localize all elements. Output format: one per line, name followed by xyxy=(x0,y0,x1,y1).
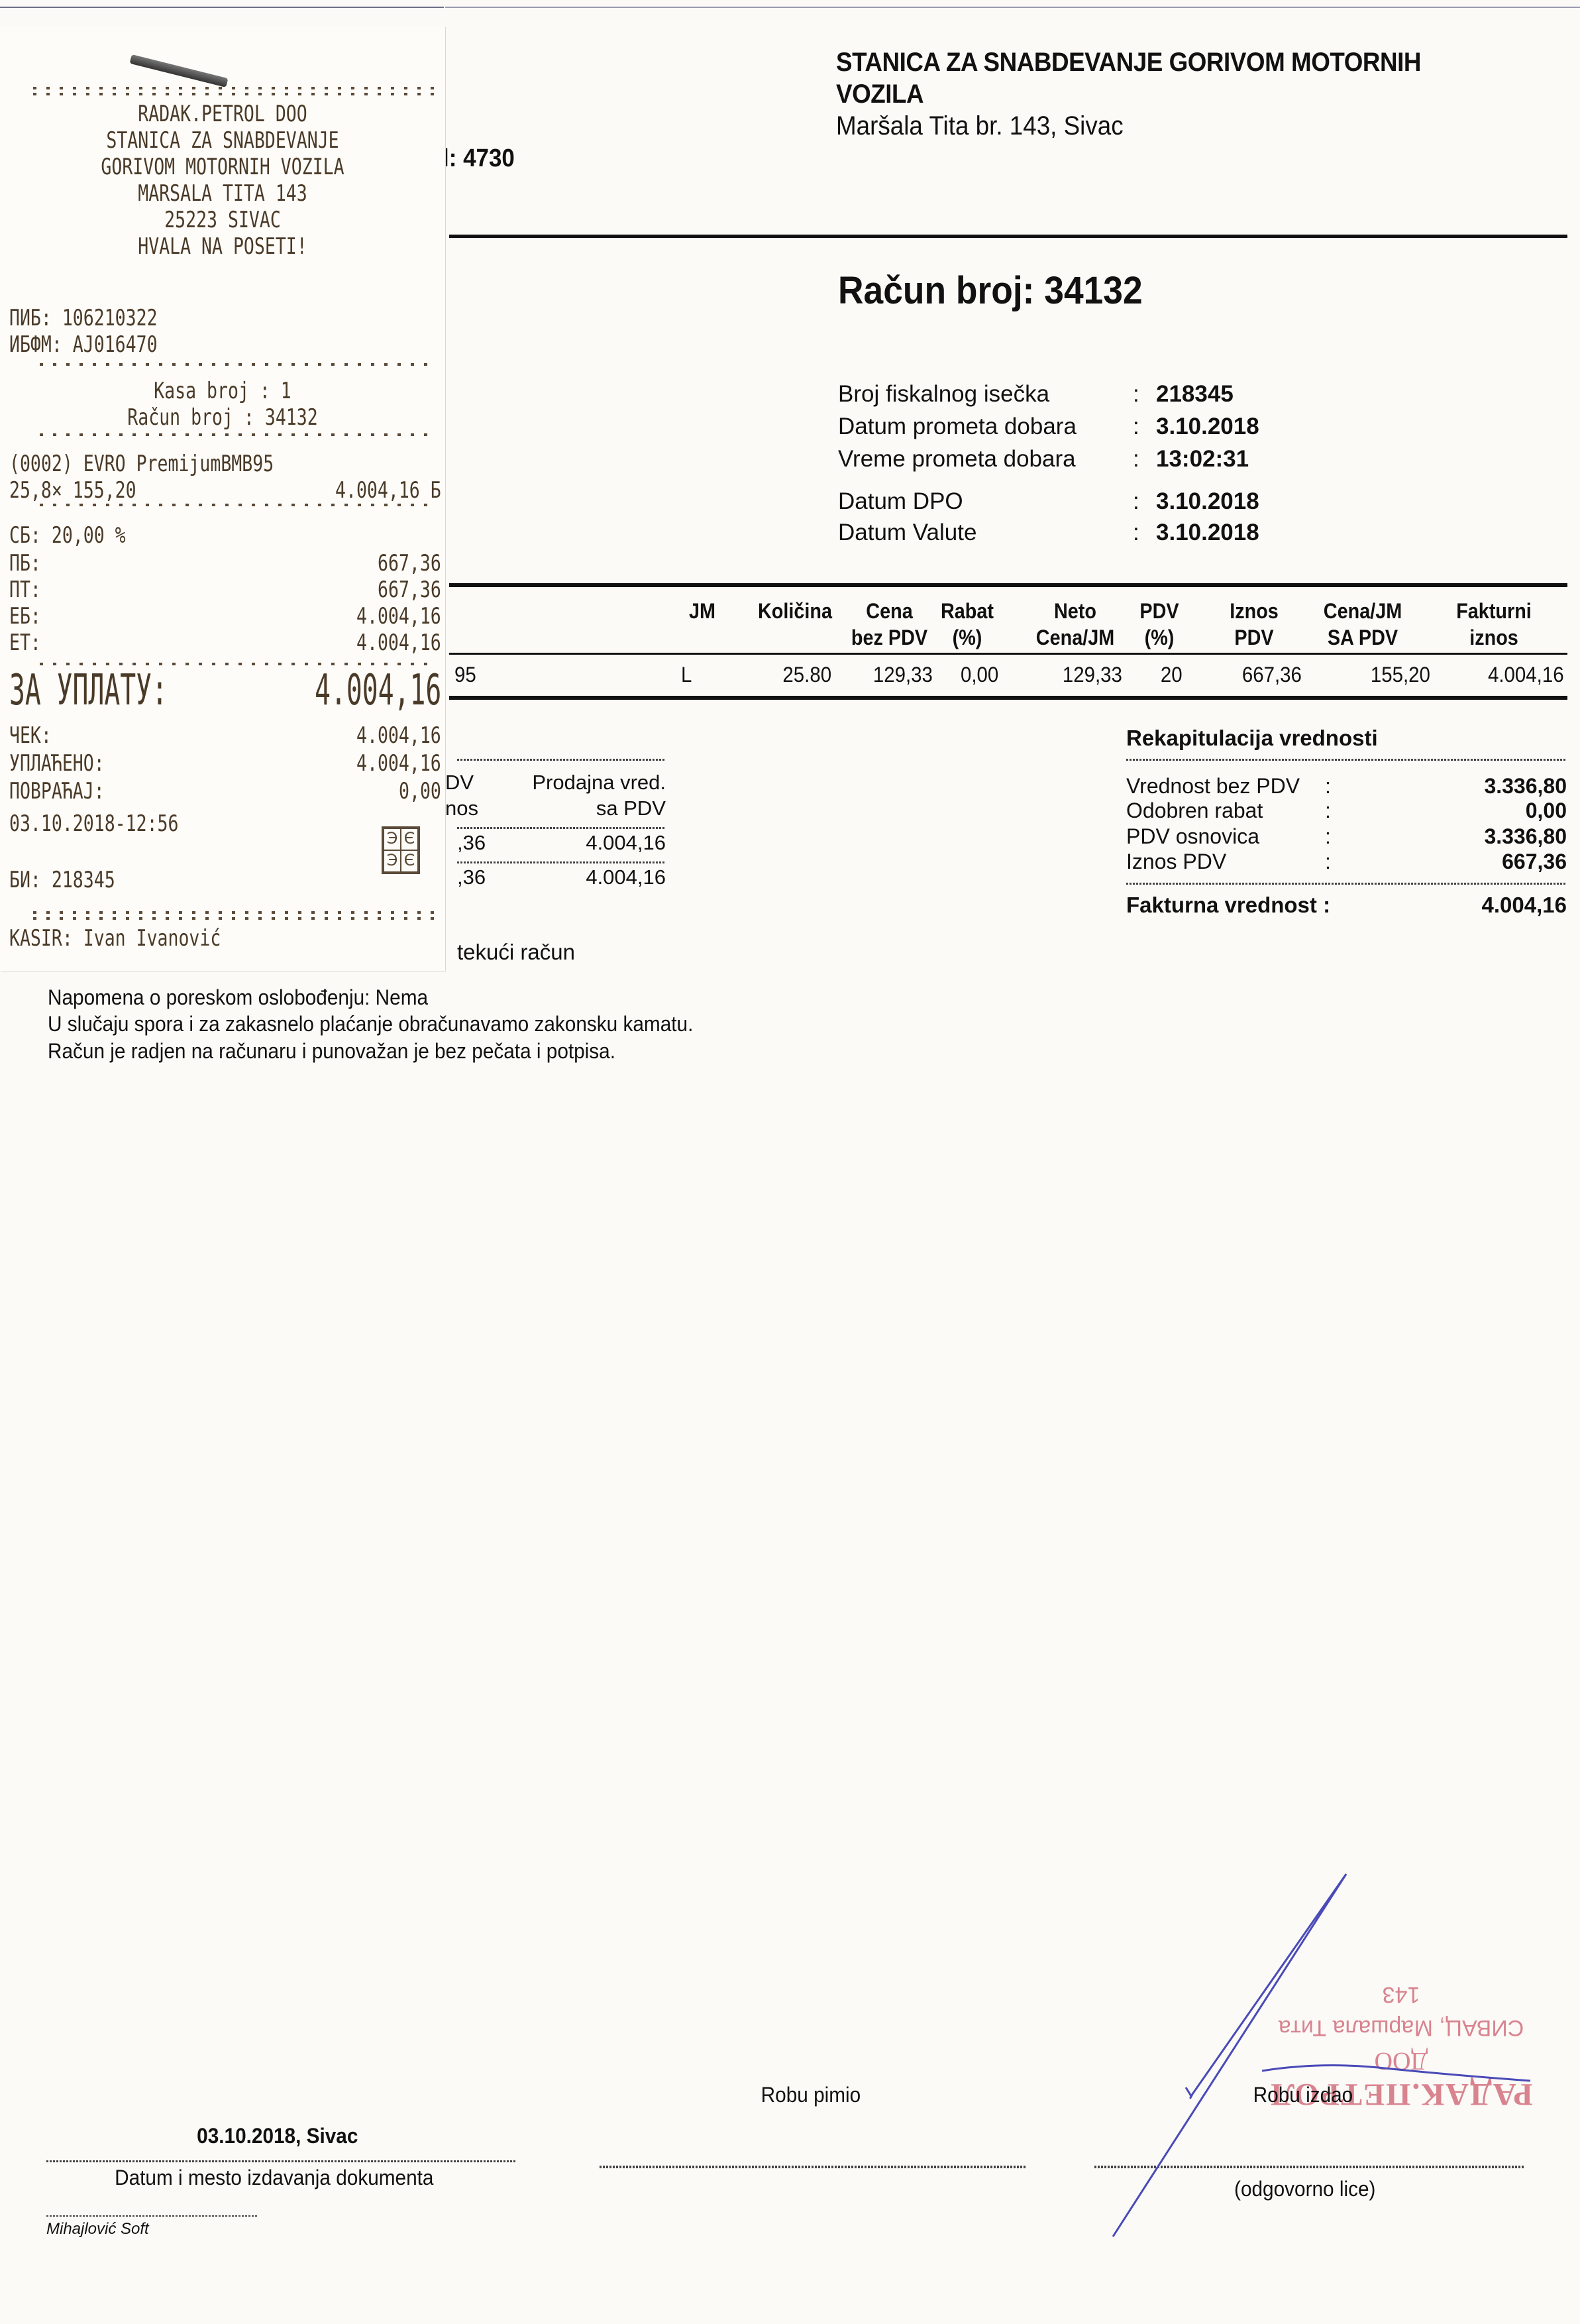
stamp-line: ДОО xyxy=(1262,2044,1540,2077)
receipt-header-line: 25223 SIVAC xyxy=(49,207,396,233)
receipt-separator xyxy=(33,911,437,920)
cell-neto-cena: 129,33 xyxy=(1063,663,1122,687)
receipt-separator xyxy=(40,433,437,436)
receipt-separator xyxy=(40,663,437,665)
invoice-title: Račun broj: 34132 xyxy=(838,268,1143,313)
company-name-line1: STANICA ZA SNABDEVANJE GORIVOM MOTORNIH xyxy=(836,46,1421,78)
th-rabat: Rabat(%) xyxy=(937,598,997,651)
company-name: STANICA ZA SNABDEVANJE GORIVOM MOTORNIH … xyxy=(836,46,1421,110)
info-colon: : xyxy=(1133,446,1139,472)
cell-cena-bez-pdv: 129,33 xyxy=(873,663,933,687)
receipt-separator xyxy=(40,363,437,366)
th-cena-bez-pdv: Cenabez PDV xyxy=(849,598,930,651)
info-value: 13:02:31 xyxy=(1156,446,1249,472)
info-label: Datum DPO xyxy=(838,488,963,515)
receipt-pib: ПИБ: 106210322 xyxy=(9,305,158,331)
vat-cell: 4.004,16 xyxy=(586,831,666,855)
software-credit: Mihajlović Soft xyxy=(46,2220,149,2239)
cell-iznos-pdv: 667,36 xyxy=(1242,663,1302,687)
receipt-payment-value: 0,00 xyxy=(399,778,441,804)
receipt-total-label: ПТ: xyxy=(9,577,41,603)
receipt-separator xyxy=(33,87,437,96)
info-colon: : xyxy=(1133,381,1139,408)
th-kolicina: Količina xyxy=(751,598,840,624)
cell-cena-sa-pdv: 155,20 xyxy=(1371,663,1430,687)
th-fakturni-iznos: Fakturniiznos xyxy=(1449,598,1539,651)
receipt-item-total: 4.004,16 Б xyxy=(335,477,441,504)
receipt-header-line: GORIVOM MOTORNIH VOZILA xyxy=(49,154,396,180)
note-tax-exemption: Napomena o poreskom oslobođenju: Nema xyxy=(48,985,428,1010)
receipt-cashier: KASIR: Ivan Ivanović xyxy=(9,925,221,952)
issue-date-line xyxy=(46,2160,517,2162)
recap-row: PDV osnovica:3.336,80 xyxy=(1126,824,1567,851)
header-divider xyxy=(449,235,1567,238)
info-colon: : xyxy=(1133,414,1139,440)
software-line xyxy=(46,2215,258,2217)
responsible-person-caption: (odgovorno lice) xyxy=(1234,2177,1375,2201)
vat-summary-divider xyxy=(457,827,666,829)
receipt-payment-label: ЧЕК: xyxy=(9,722,52,749)
receipt-total-value: 667,36 xyxy=(378,577,441,603)
receipt-item-name: (0002) EVRO PremijumBMB95 xyxy=(9,451,274,477)
recap-total: Fakturna vrednost :4.004,16 xyxy=(1126,893,1567,919)
vat-col2-header: Prodajna vred. xyxy=(532,771,666,795)
payment-method: tekući račun xyxy=(457,940,575,965)
receipt-bi: БИ: 218345 xyxy=(9,867,115,893)
receipt-total-label: ЕТ: xyxy=(9,630,41,656)
th-cena-sa-pdv: Cena/JMSA PDV xyxy=(1318,598,1408,651)
fiscal-receipt: RADAK.PETROL DOO STANICA ZA SNABDEVANJE … xyxy=(0,27,445,971)
info-label: Datum prometa dobara xyxy=(838,414,1077,440)
info-label: Broj fiskalnog isečka xyxy=(838,381,1049,408)
receipt-number: Račun broj : 34132 xyxy=(49,404,396,431)
receipt-header-line: MARSALA TITA 143 xyxy=(49,180,396,207)
issue-date-caption: Datum i mesto izdavanja dokumenta xyxy=(115,2166,433,2190)
receipt-total-value: 667,36 xyxy=(378,550,441,577)
info-value: 3.10.2018 xyxy=(1156,488,1259,515)
company-address: Maršala Tita br. 143, Sivac xyxy=(836,111,1124,141)
recap-divider xyxy=(1126,759,1567,761)
recap-row: Iznos PDV:667,36 xyxy=(1126,850,1567,876)
scan-edge-line xyxy=(0,7,444,8)
info-value: 218345 xyxy=(1156,381,1234,408)
note-validity: Račun je radjen na računaru i punovažan … xyxy=(48,1039,615,1064)
vat-cell: ,36 xyxy=(457,865,486,889)
scan-edge-line xyxy=(445,7,1580,8)
receipt-header-line: RADAK.PETROL DOO xyxy=(49,101,396,127)
receipt-total-value: 4.004,16 xyxy=(356,603,441,630)
info-value: 3.10.2018 xyxy=(1156,414,1259,440)
note-interest: U slučaju spora i za zakasnelo plaćanje … xyxy=(48,1012,693,1036)
cell-rabat: 0,00 xyxy=(961,663,998,687)
receipt-register: Kasa broj : 1 xyxy=(49,378,396,404)
info-label: Datum Valute xyxy=(838,520,976,546)
cell-kolicina: 25.80 xyxy=(782,663,831,687)
vat-cell: ,36 xyxy=(457,831,486,855)
issue-date-place: 03.10.2018, Sivac xyxy=(197,2124,358,2148)
info-label: Vreme prometa dobara xyxy=(838,446,1076,472)
info-colon: : xyxy=(1133,520,1139,546)
issued-by-label: Robu izdao xyxy=(1253,2083,1353,2107)
vat-summary-divider xyxy=(457,861,666,863)
receipt-total-label: ЕБ: xyxy=(9,603,41,630)
vat-col2-header: sa PDV xyxy=(596,797,666,820)
receipt-total-label: ПБ: xyxy=(9,550,41,577)
recap-row: Odobren rabat:0,00 xyxy=(1126,799,1567,825)
receipt-separator xyxy=(40,504,437,506)
receipt-to-pay-label: ЗА УПЛАТУ: xyxy=(9,666,168,715)
receipt-payment-value: 4.004,16 xyxy=(356,722,441,749)
table-top-border xyxy=(449,583,1567,587)
receipt-item-qty-price: 25,8× 155,20 xyxy=(9,477,136,504)
info-colon: : xyxy=(1133,488,1139,515)
received-by-line xyxy=(600,2166,1027,2168)
table-header-divider xyxy=(449,653,1567,655)
cell-fakturni-iznos: 4.004,16 xyxy=(1488,663,1564,687)
cell-pdv-pct: 20 xyxy=(1161,663,1183,687)
th-jm: JM xyxy=(684,598,720,624)
receipt-to-pay-value: 4.004,16 xyxy=(315,666,441,715)
th-neto-cena: NetoCena/JM xyxy=(1031,598,1120,651)
table-bottom-border xyxy=(449,696,1567,700)
receipt-datetime: 03.10.2018-12:56 xyxy=(9,810,178,837)
info-value: 3.10.2018 xyxy=(1156,520,1259,546)
partial-doc-ref: l: 4730 xyxy=(443,144,515,173)
vat-col1-header: nos xyxy=(445,797,478,820)
vat-cell: 4.004,16 xyxy=(586,865,666,889)
vat-col1-header: DV xyxy=(445,771,474,795)
receipt-payment-label: ПОВРАЋАЈ: xyxy=(9,778,105,804)
recap-divider xyxy=(1126,883,1567,885)
recap-row: Vrednost bez PDV:3.336,80 xyxy=(1126,774,1567,801)
recap-title: Rekapitulacija vrednosti xyxy=(1126,726,1378,751)
cell-jm: L xyxy=(681,663,692,687)
receipt-total-value: 4.004,16 xyxy=(356,630,441,656)
th-pdv-pct: PDV(%) xyxy=(1130,598,1189,651)
receipt-payment-label: УПЛАЋЕНО: xyxy=(9,750,105,777)
th-iznos-pdv: IznosPDV xyxy=(1222,598,1287,651)
issued-by-line xyxy=(1094,2166,1525,2168)
receipt-tax-rate: СБ: 20,00 % xyxy=(9,522,126,549)
fiscal-logo-icon: ЭЄ ЭЄ xyxy=(382,826,420,874)
receipt-ibfm: ИБФМ: AJ016470 xyxy=(9,331,158,358)
receipt-header-line: STANICA ZA SNABDEVANJE xyxy=(49,127,396,154)
receipt-header-line: HVALA NA POSETI! xyxy=(49,233,396,260)
stamp-line: СИВАЦ, Маршала Тита 143 xyxy=(1262,1978,1540,2044)
vat-summary-divider xyxy=(457,759,666,761)
received-by-label: Robu pimio xyxy=(761,2083,861,2107)
cell-name: 95 xyxy=(454,663,476,687)
pen-mark xyxy=(130,54,229,87)
company-name-line2: VOZILA xyxy=(836,78,1421,110)
receipt-payment-value: 4.004,16 xyxy=(356,750,441,777)
